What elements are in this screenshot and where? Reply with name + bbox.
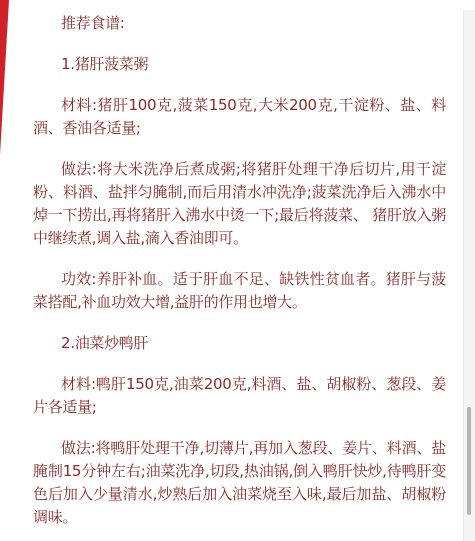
article-page: 推荐食谱: 1.猪肝菠菜粥 材料:猪肝100克,菠菜150克,大米200克,干淀… <box>0 0 475 541</box>
recipe2-name: 2.油菜炒鸭肝 <box>33 332 446 355</box>
recipe2-ingredients: 材料:鸭肝150克,油菜200克,料酒、盐、胡椒粉、葱段、姜片各适量; <box>33 373 446 419</box>
recipe1-ingredients: 材料:猪肝100克,菠菜150克,大米200克,干淀粉、盐、料酒、香油各适量; <box>33 94 446 140</box>
recipe1-benefits: 功效:养肝补血。适于肝血不足、缺铁性贫血者。猪肝与菠菜搭配,补血功效大增,益肝的… <box>33 268 446 314</box>
article-body: 推荐食谱: 1.猪肝菠菜粥 材料:猪肝100克,菠菜150克,大米200克,干淀… <box>33 0 446 529</box>
red-corner-ribbon <box>0 0 9 155</box>
recipe2-steps: 做法:将鸭肝处理干净,切薄片,再加入葱段、姜片、料酒、盐腌制15分钟左右;油菜洗… <box>33 437 446 529</box>
recipe1-steps: 做法:将大米洗净后煮成粥;将猪肝处理干净后切片,用干淀粉、料酒、盐拌匀腌制,而后… <box>33 158 446 250</box>
vertical-scrollbar-thumb[interactable] <box>467 407 471 515</box>
section-title: 推荐食谱: <box>33 12 446 35</box>
vertical-scrollbar-track[interactable] <box>463 10 475 541</box>
recipe1-name: 1.猪肝菠菜粥 <box>33 53 446 76</box>
